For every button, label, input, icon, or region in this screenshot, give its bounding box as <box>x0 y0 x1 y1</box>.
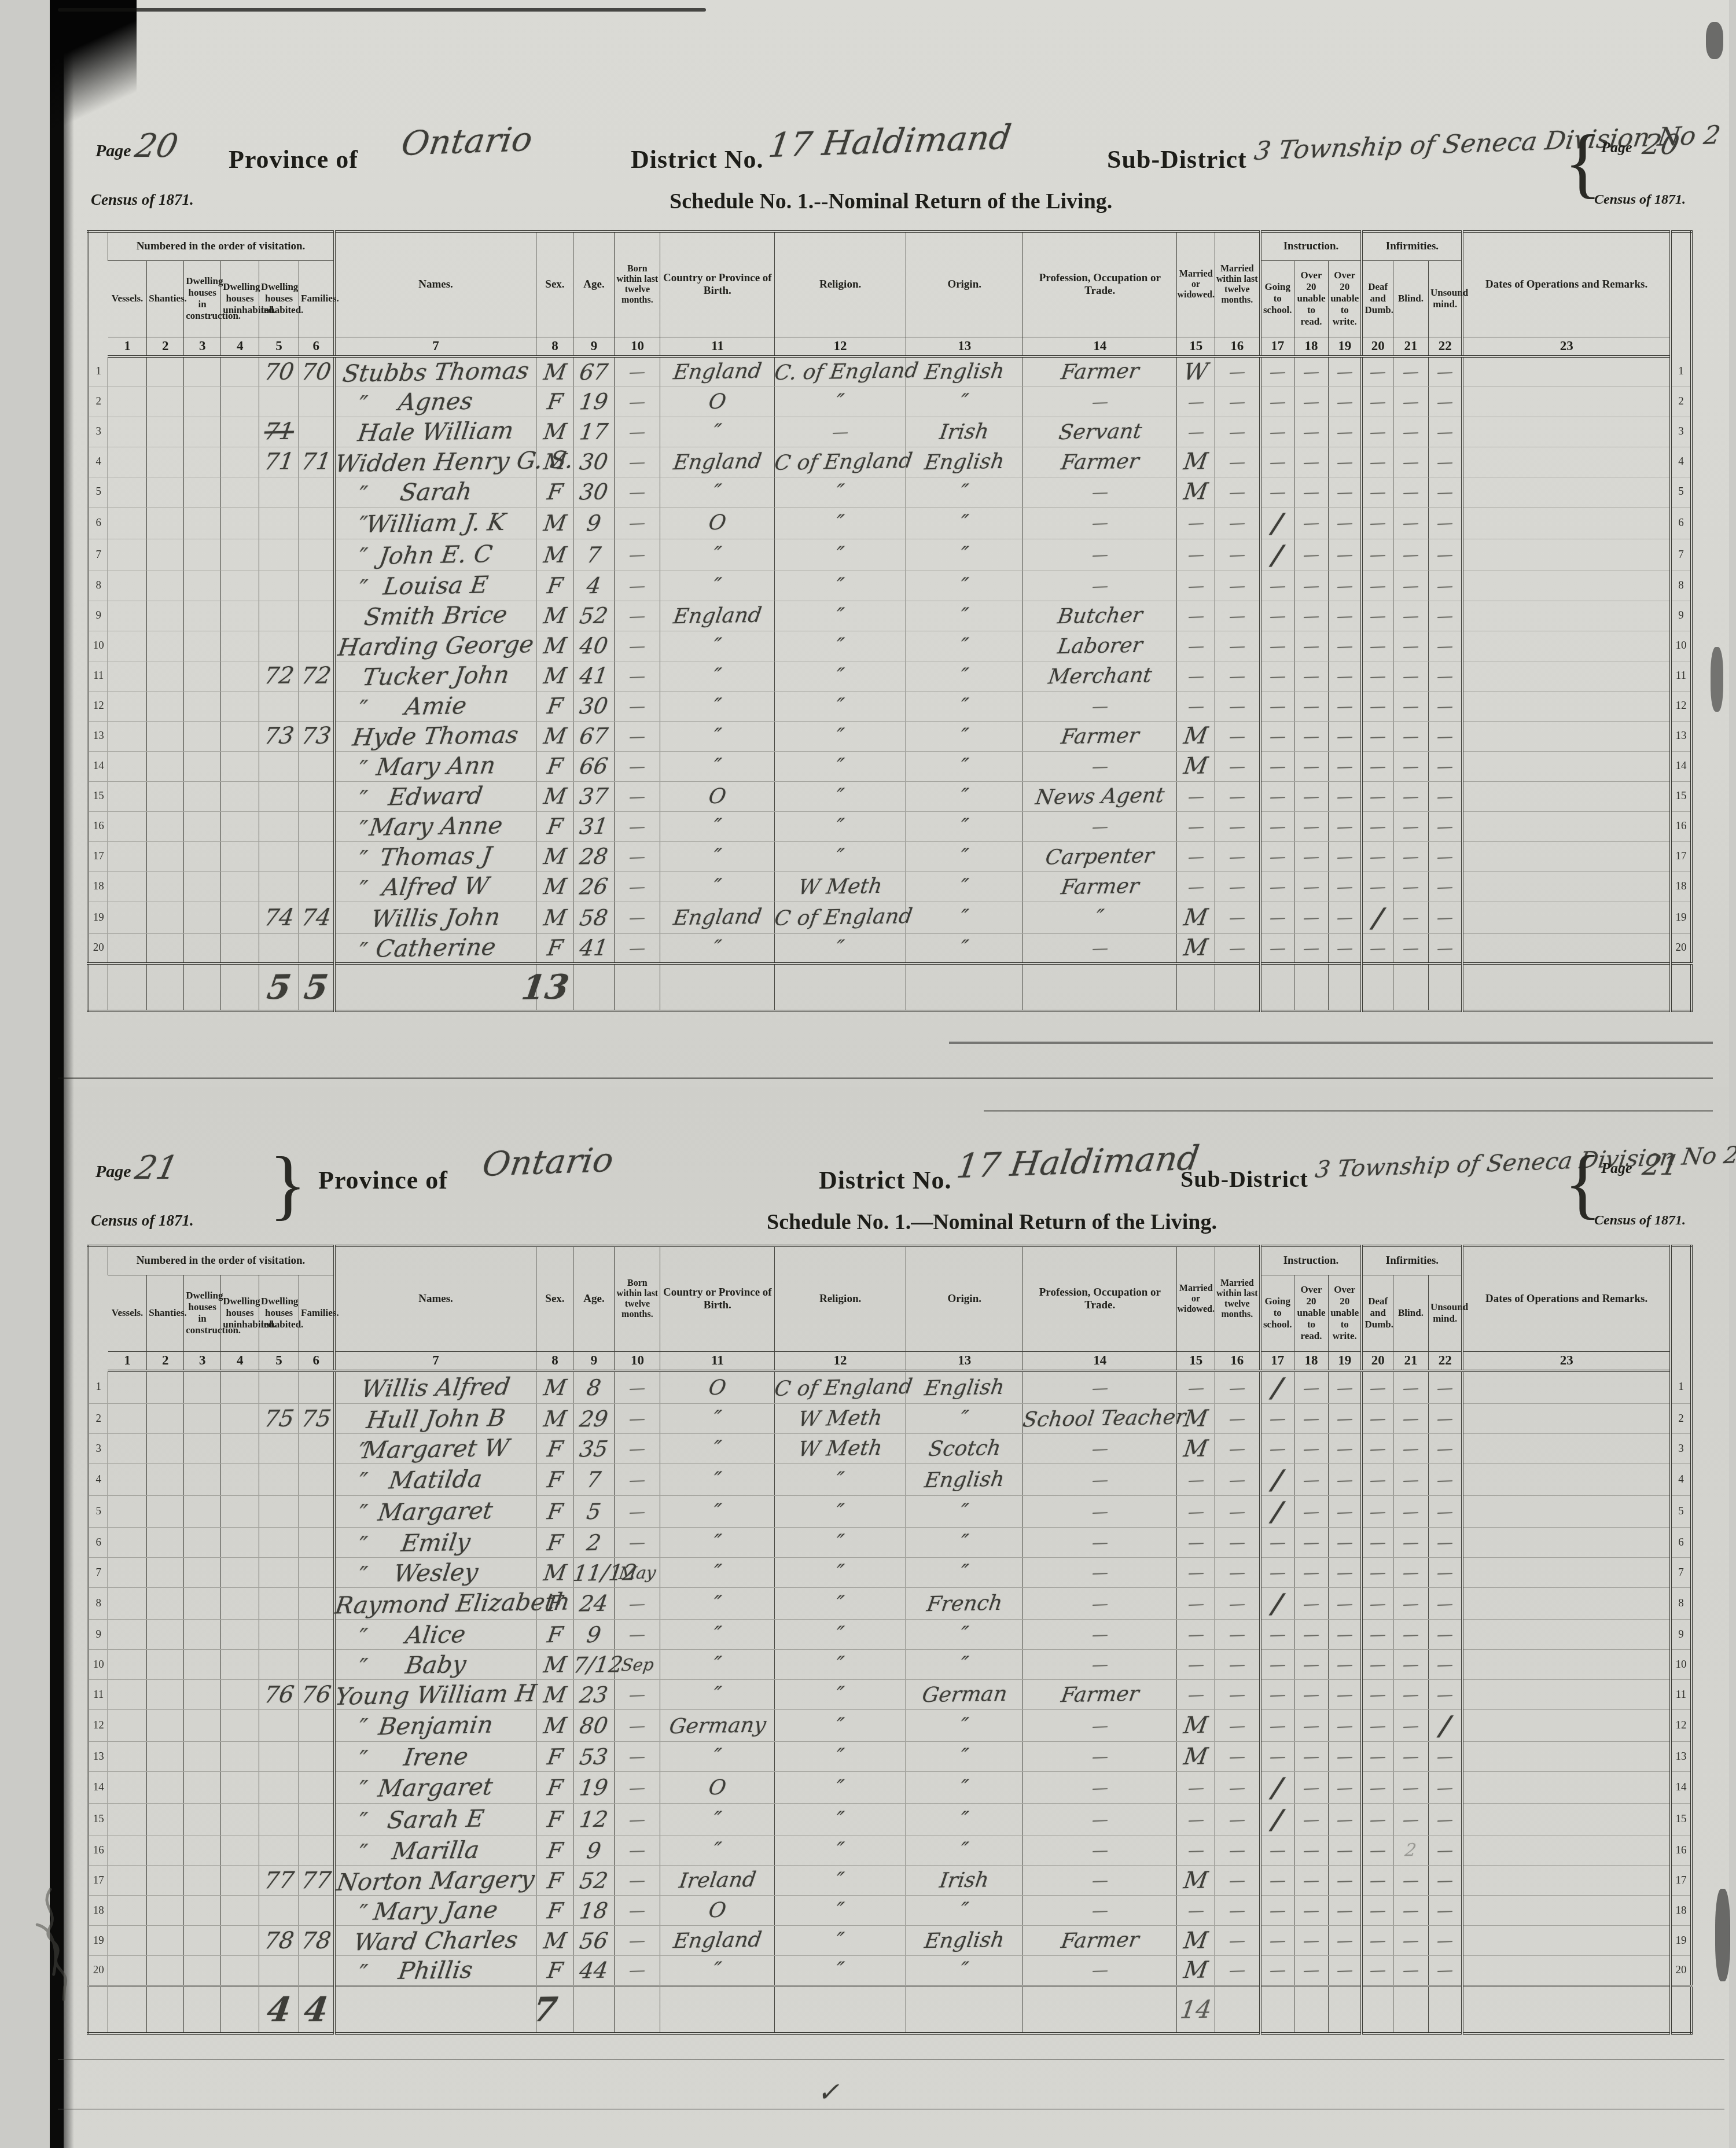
cell-col11: England <box>660 902 775 933</box>
cell-col19: — <box>1329 1558 1362 1588</box>
cell-col23 <box>1462 1620 1670 1650</box>
handwritten-value: 67 <box>578 723 610 749</box>
cell-col15: M <box>1177 477 1215 507</box>
handwritten-value: — <box>1303 1502 1319 1521</box>
handwritten-value: ″ <box>959 604 970 627</box>
handwritten-value: — <box>1303 1716 1319 1735</box>
row-number: 5 <box>88 477 108 507</box>
cell-col19: — <box>1329 356 1362 387</box>
cell-col11: O <box>660 1772 775 1804</box>
handwritten-value: — <box>1303 847 1319 866</box>
cell-col11: ″ <box>660 1620 775 1650</box>
cell-col6 <box>299 751 334 781</box>
cell-col17: — <box>1260 751 1294 781</box>
cell-col1 <box>108 1588 147 1620</box>
subdistrict-label: Sub-District <box>1180 1165 1308 1193</box>
cell-col22: — <box>1428 781 1462 811</box>
cell-col1 <box>108 507 147 539</box>
cell-col1 <box>108 1926 147 1956</box>
cell-col7: ″Irene <box>334 1742 536 1772</box>
handwritten-value: — <box>1303 1439 1319 1459</box>
cell-col2 <box>147 601 184 631</box>
col-header-deaf-dumb: Deaf and Dumb. <box>1362 1275 1393 1351</box>
cell-col4 <box>221 539 259 571</box>
handwritten-value: — <box>1336 636 1353 656</box>
handwritten-value: ∕ <box>1271 1588 1285 1619</box>
row-number: 1 <box>88 1371 108 1404</box>
handwritten-value: ″ <box>959 1407 970 1430</box>
handwritten-value: 58 <box>578 904 610 930</box>
handwritten-value: Farmer <box>1060 1928 1141 1953</box>
handwritten-value: — <box>1437 545 1454 565</box>
handwritten-value: ∕ <box>1271 539 1285 570</box>
cell-col5: 74 <box>259 902 299 933</box>
cell-col1 <box>108 841 147 871</box>
cell-col18: — <box>1294 1866 1329 1896</box>
handwritten-value: Hull John B <box>365 1403 507 1433</box>
cell-col1 <box>108 1558 147 1588</box>
col-header-origin: Origin. <box>906 231 1023 337</box>
row-number: 12 <box>1671 691 1691 721</box>
handwritten-value: M <box>542 542 568 568</box>
cell-col18: — <box>1294 1650 1329 1680</box>
cell-col22: — <box>1428 507 1462 539</box>
col-num-18: 18 <box>1294 337 1329 356</box>
cell-col9: 7/12 <box>573 1650 615 1680</box>
handwritten-value: Benjamin <box>377 1711 495 1740</box>
handwritten-value: 71 <box>262 448 296 476</box>
handwritten-value: — <box>1370 1439 1386 1459</box>
row-number: 5 <box>88 1496 108 1528</box>
cell-col23 <box>1462 661 1670 691</box>
handwritten-value: — <box>1402 482 1419 502</box>
handwritten-value: 41 <box>578 663 610 689</box>
row-number: 2 <box>1671 1404 1691 1434</box>
cell-col17: — <box>1260 1866 1294 1896</box>
cell-col20: — <box>1362 1926 1393 1956</box>
cell-col12: ″ <box>775 601 906 631</box>
handwritten-value: — <box>1269 1439 1286 1459</box>
cell-col6: 78 <box>299 1926 334 1956</box>
handwritten-value: — <box>629 756 646 776</box>
handwritten-value: — <box>1303 452 1319 472</box>
ditto-mark: ″ <box>360 755 369 783</box>
col-header-names: Names. <box>334 231 536 337</box>
cell-col19: — <box>1329 417 1362 447</box>
col-header-birth-country: Country or Province of Birth. <box>660 1246 775 1351</box>
handwritten-value: — <box>629 452 646 472</box>
cell-col8: M <box>536 417 573 447</box>
cell-col15: M <box>1177 447 1215 477</box>
handwritten-value: — <box>1091 756 1108 776</box>
row-number: 7 <box>1671 539 1691 571</box>
cell-col10: — <box>615 1620 660 1650</box>
handwritten-value: — <box>1370 545 1386 565</box>
handwritten-value: F <box>546 693 565 719</box>
col-header-blind: Blind. <box>1393 1275 1428 1351</box>
handwritten-value: ″ <box>712 1561 723 1584</box>
handwritten-value: — <box>1370 1470 1386 1489</box>
cell-col10: — <box>615 933 660 963</box>
cell-col23 <box>1462 571 1670 601</box>
col-num-16: 16 <box>1215 1351 1260 1371</box>
col-header-vessels: Vessels. <box>108 260 147 337</box>
handwritten-value: — <box>1229 1378 1245 1397</box>
handwritten-value: ″ <box>834 1958 845 1982</box>
cell-col1 <box>108 902 147 933</box>
cell-col23 <box>1462 1956 1670 1986</box>
handwritten-value: — <box>1370 1901 1386 1921</box>
handwritten-value: 35 <box>578 1436 610 1462</box>
cell-col17: — <box>1260 841 1294 871</box>
cell-col21: — <box>1393 571 1428 601</box>
handwritten-value: 72 <box>300 663 333 690</box>
cell-col10: — <box>615 447 660 477</box>
cell-col5 <box>259 1528 299 1558</box>
cell-col13: ″ <box>906 661 1023 691</box>
cell-col14: Carpenter <box>1023 841 1177 871</box>
cell-col8: F <box>536 1804 573 1836</box>
handwritten-value: 9 <box>585 1621 602 1647</box>
cell-col20: ∕ <box>1362 902 1393 933</box>
cell-col14: — <box>1023 691 1177 721</box>
total-cell-col4 <box>221 963 259 1011</box>
cell-col21: — <box>1393 691 1428 721</box>
handwritten-value: — <box>1370 1961 1386 1980</box>
cell-col8: F <box>536 1772 573 1804</box>
handwritten-value: F <box>546 1837 565 1863</box>
cell-col19: — <box>1329 1588 1362 1620</box>
cell-col6 <box>299 933 334 963</box>
handwritten-value: Carpenter <box>1044 844 1156 869</box>
handwritten-value: — <box>1402 636 1419 656</box>
row-number: 10 <box>88 631 108 661</box>
handwritten-value: England <box>672 905 763 930</box>
ditto-mark: ″ <box>360 1713 369 1741</box>
total-cell-col12 <box>775 1986 906 2033</box>
total-cell-col8: 13 <box>536 963 573 1011</box>
census-label: Census of 1871. <box>91 191 194 209</box>
row-number: 1 <box>1671 1371 1691 1404</box>
cell-col20: — <box>1362 1434 1393 1464</box>
handwritten-value: ″ <box>712 814 723 838</box>
col-header-blind: Blind. <box>1393 260 1428 337</box>
cell-col11: ″ <box>660 661 775 691</box>
cell-col19: — <box>1329 871 1362 902</box>
cell-col21: — <box>1393 721 1428 751</box>
cell-col17: ∕ <box>1260 1464 1294 1496</box>
cell-col14: — <box>1023 1434 1177 1464</box>
handwritten-value: O <box>707 784 727 808</box>
handwritten-value: — <box>1336 482 1353 502</box>
district-handwritten: 17 Haldimand <box>954 1138 1202 1186</box>
handwritten-value: — <box>629 1778 646 1797</box>
cell-col2 <box>147 781 184 811</box>
cell-col15: M <box>1177 751 1215 781</box>
cell-col6 <box>299 1772 334 1804</box>
cell-col19: — <box>1329 1434 1362 1464</box>
cell-col5 <box>259 507 299 539</box>
cell-col9: 35 <box>573 1434 615 1464</box>
visitation-group-header: Numbered in the order of visitation. <box>108 1246 334 1275</box>
cell-col1 <box>108 1710 147 1742</box>
total-cell-col10 <box>615 1986 660 2033</box>
cell-col12: W Meth <box>775 1434 906 1464</box>
cell-col23 <box>1462 1896 1670 1926</box>
cell-col14: — <box>1023 1866 1177 1896</box>
cell-col8: M <box>536 539 573 571</box>
handwritten-value: — <box>1402 696 1419 716</box>
cell-col3 <box>184 1558 221 1588</box>
cell-col10: — <box>615 1710 660 1742</box>
ditto-mark: ″ <box>360 1959 369 1987</box>
cell-col19: — <box>1329 571 1362 601</box>
handwritten-value: 23 <box>578 1682 610 1708</box>
handwritten-value: — <box>1269 877 1286 896</box>
col-num-23: 23 <box>1462 337 1670 356</box>
handwritten-value: 7 <box>585 1467 602 1492</box>
cell-col20: — <box>1362 1772 1393 1804</box>
cell-col11: ″ <box>660 933 775 963</box>
handwritten-value: 5 <box>585 1499 602 1524</box>
total-cell-col2 <box>147 963 184 1011</box>
cell-col19: — <box>1329 601 1362 631</box>
handwritten-value: F <box>546 1621 565 1647</box>
cell-col9: 18 <box>573 1896 615 1926</box>
cell-col2 <box>147 721 184 751</box>
cell-col7: ″Baby <box>334 1650 536 1680</box>
cell-col18: — <box>1294 811 1329 841</box>
cell-col23 <box>1462 507 1670 539</box>
handwritten-value: — <box>1437 513 1454 533</box>
handwritten-value: ″ <box>712 1683 723 1706</box>
handwritten-value: M <box>1182 1927 1210 1954</box>
cell-col13: ″ <box>906 1558 1023 1588</box>
cell-col19: — <box>1329 1836 1362 1866</box>
row-number: 15 <box>1671 781 1691 811</box>
handwritten-value: ∕ <box>1438 1710 1452 1741</box>
cell-col3 <box>184 1866 221 1896</box>
handwritten-value: W Meth <box>797 1436 884 1462</box>
handwritten-value: Tucker John <box>361 661 511 691</box>
cell-col11: ″ <box>660 1464 775 1496</box>
handwritten-value: — <box>1370 1809 1386 1829</box>
cell-col16: — <box>1215 1896 1260 1926</box>
total-cell-col23 <box>1462 963 1670 1011</box>
cell-col11: O <box>660 1371 775 1404</box>
col-num-5: 5 <box>259 337 299 356</box>
page-label: Page <box>95 141 131 161</box>
handwritten-value: 71 <box>262 418 296 446</box>
handwritten-value: — <box>1437 877 1454 896</box>
infirmities-group-header: Infirmities. <box>1362 1246 1462 1275</box>
ditto-mark: ″ <box>360 391 369 418</box>
cell-col1 <box>108 387 147 417</box>
handwritten-value: Mary Ann <box>374 751 497 781</box>
cell-col6 <box>299 1528 334 1558</box>
cell-col6: 75 <box>299 1404 334 1434</box>
gutter-header-right <box>1671 1246 1691 1371</box>
handwritten-value: O <box>707 389 727 414</box>
cell-col16: — <box>1215 1650 1260 1680</box>
col-header-married: Married or widowed. <box>1177 231 1215 337</box>
cell-col2 <box>147 1620 184 1650</box>
handwritten-value: — <box>1091 1563 1108 1583</box>
handwritten-value: — <box>629 696 646 716</box>
handwritten-value: ″ <box>959 634 970 657</box>
cell-col3 <box>184 1710 221 1742</box>
cell-col17: — <box>1260 356 1294 387</box>
cell-col6 <box>299 1804 334 1836</box>
row-number: 20 <box>1671 933 1691 963</box>
census-table-page-21: Numbered in the order of visitation. Nam… <box>87 1245 1693 2035</box>
cell-col2 <box>147 1772 184 1804</box>
handwritten-value: M <box>1182 1405 1210 1432</box>
cell-col2 <box>147 631 184 661</box>
handwritten-value: — <box>1229 545 1245 565</box>
col-header-dwellings-construction: Dwelling houses in construction. <box>184 260 221 337</box>
handwritten-value: Marilla <box>391 1836 481 1865</box>
cell-col23 <box>1462 1496 1670 1528</box>
cell-col4 <box>221 1804 259 1836</box>
cell-col16: — <box>1215 387 1260 417</box>
cell-col9: 12 <box>573 1804 615 1836</box>
cell-col4 <box>221 661 259 691</box>
col-header-families: Families. <box>299 260 334 337</box>
cell-col16: — <box>1215 1404 1260 1434</box>
handwritten-value: — <box>1303 606 1319 626</box>
handwritten-value: W <box>1182 358 1210 385</box>
cell-col19: — <box>1329 1496 1362 1528</box>
total-cell-col16 <box>1215 1986 1260 2033</box>
cell-col10: — <box>615 751 660 781</box>
cell-col13: ″ <box>906 691 1023 721</box>
col-header-sex: Sex. <box>536 1246 573 1351</box>
row-number: 11 <box>1671 1680 1691 1710</box>
cell-col11: England <box>660 447 775 477</box>
handwritten-value: — <box>629 1931 646 1951</box>
handwritten-value: — <box>1269 938 1286 958</box>
handwritten-value: — <box>1229 422 1245 442</box>
handwritten-value: England <box>672 1928 763 1954</box>
handwritten-value: 30 <box>578 449 610 475</box>
cell-col1 <box>108 1620 147 1650</box>
handwritten-value: — <box>1437 1533 1454 1553</box>
cell-col12: ″ <box>775 631 906 661</box>
handwritten-value: M <box>1182 723 1210 750</box>
handwritten-value: — <box>1437 1931 1454 1951</box>
cell-col4 <box>221 1710 259 1742</box>
cell-col21: — <box>1393 902 1428 933</box>
cell-col8: M <box>536 721 573 751</box>
handwritten-value: — <box>1269 1961 1286 1980</box>
cell-col18: — <box>1294 1558 1329 1588</box>
handwritten-value: M <box>542 449 568 475</box>
ditto-mark: ″ <box>360 543 369 571</box>
cell-col17: ∕ <box>1260 507 1294 539</box>
handwritten-value: 71 <box>300 448 333 476</box>
row-number <box>88 963 108 1011</box>
handwritten-value: ″ <box>712 844 723 868</box>
cell-col23 <box>1462 721 1670 751</box>
cell-col6 <box>299 507 334 539</box>
handwritten-value: 53 <box>578 1744 610 1770</box>
handwritten-value: M <box>542 904 568 930</box>
cell-col4 <box>221 1464 259 1496</box>
row-number: 17 <box>88 841 108 871</box>
handwritten-value: — <box>1187 513 1204 533</box>
handwritten-value: ″ <box>959 1713 970 1737</box>
cell-col15: M <box>1177 1866 1215 1896</box>
cell-col17: — <box>1260 631 1294 661</box>
handwritten-value: Wesley <box>392 1558 480 1587</box>
cell-col22: — <box>1428 477 1462 507</box>
row-number: 16 <box>88 811 108 841</box>
handwritten-value: — <box>1437 1747 1454 1767</box>
col-num-12: 12 <box>775 1351 906 1371</box>
cell-col12: ″ <box>775 507 906 539</box>
handwritten-value: ∕ <box>1271 1372 1285 1403</box>
cell-col16: — <box>1215 477 1260 507</box>
cell-col2 <box>147 1528 184 1558</box>
cell-col20: — <box>1362 1896 1393 1926</box>
handwritten-value: — <box>1437 1841 1454 1860</box>
handwritten-value: Farmer <box>1060 449 1141 474</box>
col-header-deaf-dumb: Deaf and Dumb. <box>1362 260 1393 337</box>
cell-col7: ″Louisa E <box>334 571 536 601</box>
cell-col10: — <box>615 871 660 902</box>
handwritten-value: — <box>1370 1409 1386 1429</box>
cell-col19: — <box>1329 1926 1362 1956</box>
handwritten-value: — <box>1402 816 1419 836</box>
handwritten-value: M <box>1182 1712 1210 1739</box>
cell-col16: — <box>1215 1558 1260 1588</box>
handwritten-value: — <box>1370 1841 1386 1860</box>
cell-col3 <box>184 1680 221 1710</box>
handwritten-value: — <box>1091 1625 1108 1645</box>
cell-col23 <box>1462 417 1670 447</box>
cell-col11: ″ <box>660 1956 775 1986</box>
handwritten-value: F <box>546 1529 565 1555</box>
handwritten-value: ″ <box>959 1561 970 1584</box>
handwritten-value: — <box>629 1716 646 1735</box>
handwritten-value: — <box>1402 513 1419 533</box>
handwritten-value: — <box>1336 696 1353 716</box>
handwritten-value: — <box>1437 1470 1454 1489</box>
handwritten-value: — <box>1187 1778 1204 1797</box>
cell-col10: — <box>615 1866 660 1896</box>
census-table-page-20: Numbered in the order of visitation. Nam… <box>87 230 1693 1012</box>
cell-col20: — <box>1362 871 1393 902</box>
handwritten-value: — <box>1402 1961 1419 1980</box>
cell-col2 <box>147 1650 184 1680</box>
cell-col20: — <box>1362 1464 1393 1496</box>
row-number <box>1671 963 1691 1011</box>
cell-col4 <box>221 356 259 387</box>
handwritten-value: ∕ <box>1271 507 1285 538</box>
cell-col23 <box>1462 1558 1670 1588</box>
handwritten-value: — <box>1336 1470 1353 1489</box>
cell-col19: — <box>1329 751 1362 781</box>
cell-col16: — <box>1215 1371 1260 1404</box>
handwritten-value: — <box>1187 392 1204 411</box>
cell-col17: — <box>1260 601 1294 631</box>
row-number: 10 <box>88 1650 108 1680</box>
cell-col6 <box>299 1742 334 1772</box>
handwritten-value: 78 <box>262 1927 296 1954</box>
cell-col4 <box>221 1866 259 1896</box>
cell-col5: 78 <box>259 1926 299 1956</box>
